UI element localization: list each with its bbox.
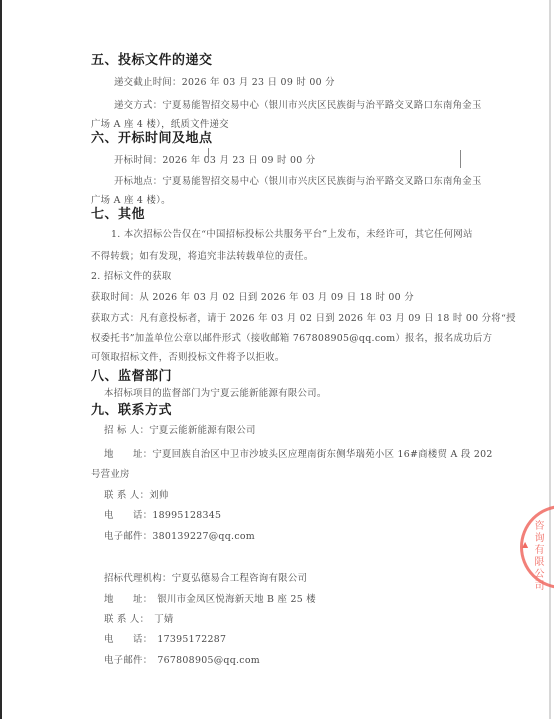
opening-time: 开标时间：2026 年 03 月 23 日 09 时 00 分 xyxy=(114,152,315,166)
other-item-1-cont: 不得转载；如有发现，将追究非法转载单位的责任。 xyxy=(91,248,314,262)
agency-name: 招标代理机构：宁夏弘德易合工程咨询有限公司 xyxy=(104,570,307,584)
section-5-heading: 五、投标文件的递交 xyxy=(91,49,213,68)
submission-deadline: 递交截止时间：2026 年 03 月 23 日 09 时 00 分 xyxy=(114,74,335,88)
agency-contact: 联 系 人： 丁婧 xyxy=(104,611,174,625)
tenderer-contact: 联 系 人：刘帅 xyxy=(104,487,169,501)
doc-get-method: 获取方式：凡有意投标者，请于 2026 年 03 月 02 日到 2026 年 … xyxy=(91,310,516,324)
scan-mark xyxy=(460,150,461,168)
other-item-2-title: 2. 招标文件的获取 xyxy=(91,268,172,282)
section-6-heading: 六、开标时间及地点 xyxy=(91,127,213,146)
company-seal-text: 咨询有限公司 xyxy=(530,520,545,592)
section-9-heading: 九、联系方式 xyxy=(91,399,172,418)
section-8-heading: 八、监督部门 xyxy=(91,365,172,384)
scan-mark xyxy=(208,148,209,162)
document-page: 五、投标文件的递交 递交截止时间：2026 年 03 月 23 日 09 时 0… xyxy=(0,0,554,719)
tenderer-name: 招 标 人：宁夏云能新能源有限公司 xyxy=(104,422,256,436)
doc-get-method-cont2: 可领取招标文件，否则投标文件将予以拒收。 xyxy=(91,349,285,363)
supervision-text: 本招标项目的监督部门为宁夏云能新能源有限公司。 xyxy=(104,385,327,399)
section-7-heading: 七、其他 xyxy=(91,203,145,222)
submission-method: 递交方式：宁夏易能智招交易中心（银川市兴庆区民族街与治平路交叉路口东南角金玉 xyxy=(114,97,482,111)
tenderer-address-cont: 号营业房 xyxy=(91,466,130,480)
tenderer-email: 电子邮件：380139227@qq.com xyxy=(104,528,255,542)
agency-email: 电子邮件： 767808905@qq.com xyxy=(104,652,260,666)
tenderer-address: 地 址：宁夏回族自治区中卫市沙坡头区应理南街东侧华瑞苑小区 16#商楼贸 A 段… xyxy=(104,446,493,460)
agency-phone: 电 话： 17395172287 xyxy=(104,631,226,645)
doc-get-time: 获取时间：从 2026 年 03 月 02 日到 2026 年 03 月 09 … xyxy=(91,289,414,303)
other-item-1: 1. 本次招标公告仅在“中国招标投标公共服务平台”上发布，未经许可，其它任何网站 xyxy=(111,226,473,240)
seal-star-icon: ▲ xyxy=(522,540,528,549)
doc-get-method-cont: 权委托书”加盖单位公章以邮件形式（接收邮箱 767808905@qq.com）报… xyxy=(91,330,492,344)
agency-address: 地 址： 银川市金凤区悦海新天地 B 座 25 楼 xyxy=(104,591,316,605)
opening-place: 开标地点：宁夏易能智招交易中心（银川市兴庆区民族街与治平路交叉路口东南角金玉 xyxy=(114,173,482,187)
tenderer-phone: 电 话：18995128345 xyxy=(104,507,221,521)
